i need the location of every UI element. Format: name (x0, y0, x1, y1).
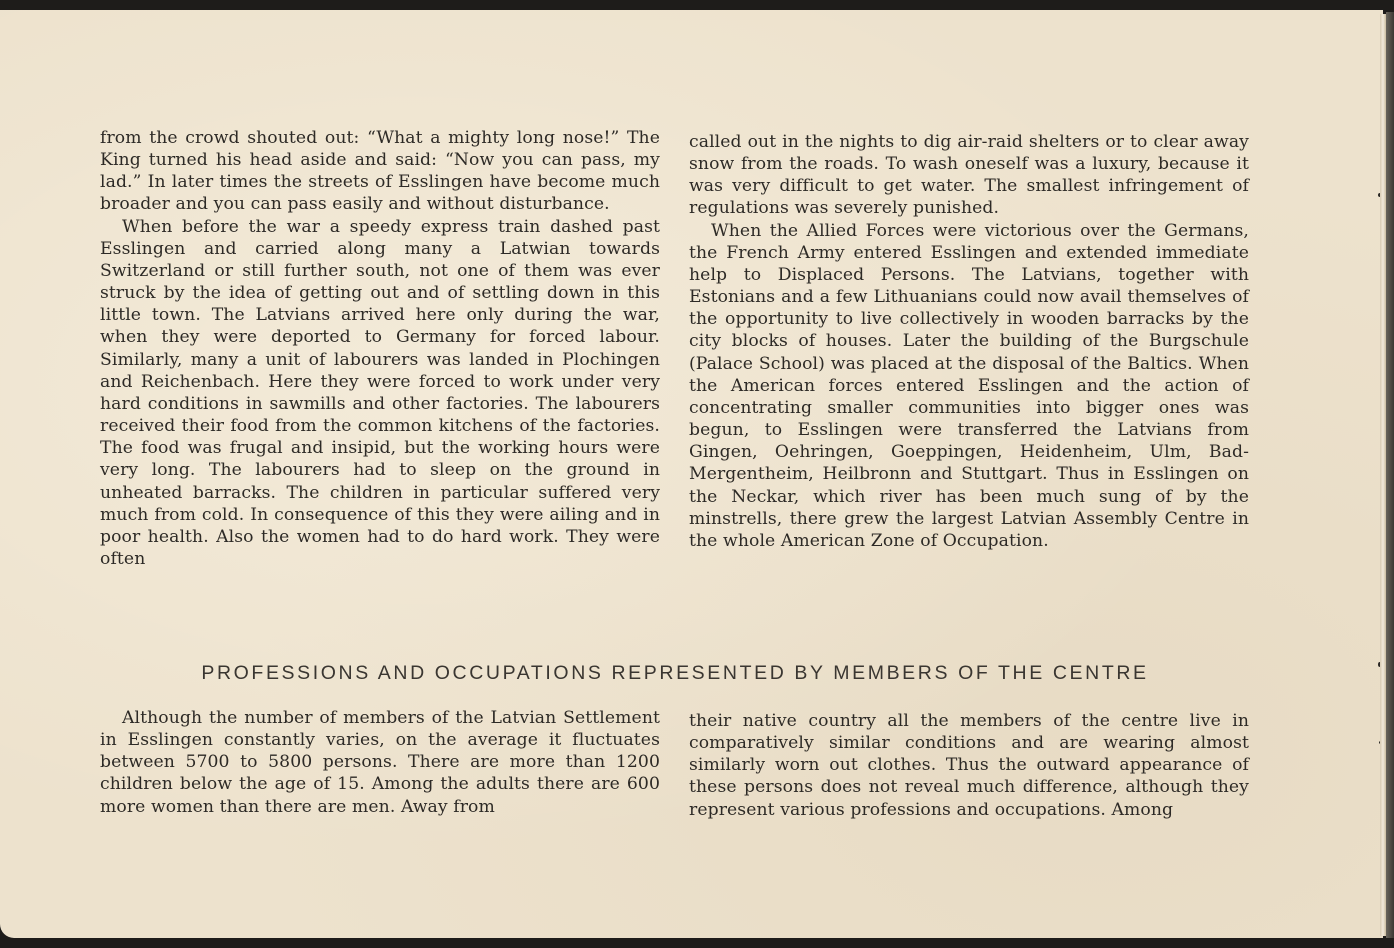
bottom-left-column: Although the number of members of the La… (100, 707, 660, 818)
paper-page: from the crowd shouted out: “What a migh… (0, 10, 1383, 938)
top-left-column: from the crowd shouted out: “What a migh… (100, 127, 660, 570)
scanned-document: from the crowd shouted out: “What a migh… (0, 0, 1394, 948)
page-edge-shadow (1386, 12, 1394, 938)
top-right-column: called out in the nights to dig air-raid… (689, 131, 1249, 552)
paragraph: Although the number of members of the La… (100, 707, 660, 818)
paragraph: from the crowd shouted out: “What a migh… (100, 127, 660, 216)
bottom-right-column: their native country all the members of … (689, 710, 1249, 821)
paragraph: their native country all the members of … (689, 710, 1249, 821)
paragraph: When the Allied Forces were victorious o… (689, 220, 1249, 552)
paragraph: called out in the nights to dig air-raid… (689, 131, 1249, 220)
section-heading: PROFESSIONS AND OCCUPATIONS REPRESENTED … (130, 662, 1220, 685)
paragraph: When before the war a speedy express tra… (100, 216, 660, 571)
